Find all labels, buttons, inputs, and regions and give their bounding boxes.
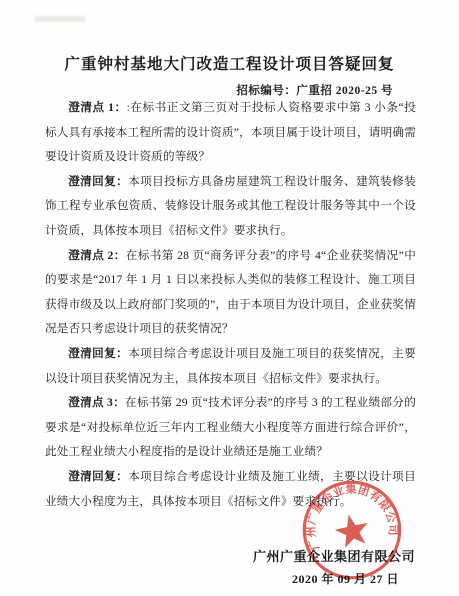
- clarification-question-3: 澄清点 3：在标书第 29 页“技术评分表”的序号 3 的工程业绩部分的要求是“…: [45, 391, 416, 465]
- paragraph-lead: 澄清回复：: [68, 175, 128, 188]
- paragraph-lead: 澄清点 3：: [68, 396, 125, 409]
- signature-company: 广州广重企业集团有限公司: [253, 546, 415, 565]
- clarification-question-1: 澄清点 1：:在标书正文第三页对于投标人资格要求中第 3 小条“投标人具有承接本…: [45, 96, 416, 170]
- paragraph-lead: 澄清点 2：: [68, 249, 126, 262]
- clarification-reply-2: 澄清回复：本项目综合考虑设计项目及施工项目的获奖情况，主要以设计项目获奖情况为主…: [45, 342, 416, 391]
- scan-artifact: [34, 16, 86, 22]
- paragraph-lead: 澄清回复：: [68, 347, 128, 360]
- document-page: 广重钟村基地大门改造工程设计项目答疑回复 招标编号：广重招 2020-25 号 …: [0, 0, 459, 596]
- paragraph-lead: 澄清回复：: [68, 470, 128, 483]
- paragraph-lead: 澄清点 1：: [68, 101, 126, 114]
- signature-date: 2020 年 09 月 27 日: [292, 570, 399, 587]
- clarification-reply-1: 澄清回复：本项目投标方具备房屋建筑工程设计服务、建筑装修装饰工程专业承包资质、装…: [45, 170, 416, 244]
- document-body: 澄清点 1：:在标书正文第三页对于投标人资格要求中第 3 小条“投标人具有承接本…: [45, 96, 416, 514]
- document-title: 广重钟村基地大门改造工程设计项目答疑回复: [0, 52, 459, 74]
- clarification-question-2: 澄清点 2：在标书第 28 页“商务评分表”的序号 4“企业获奖情况”中的要求是…: [45, 244, 416, 342]
- clarification-reply-3: 澄清回复：本项目综合考虑设计业绩及施工业绩，主要以设计项目业绩大小程度为主，具体…: [45, 465, 416, 514]
- seal-star-icon: [332, 511, 371, 549]
